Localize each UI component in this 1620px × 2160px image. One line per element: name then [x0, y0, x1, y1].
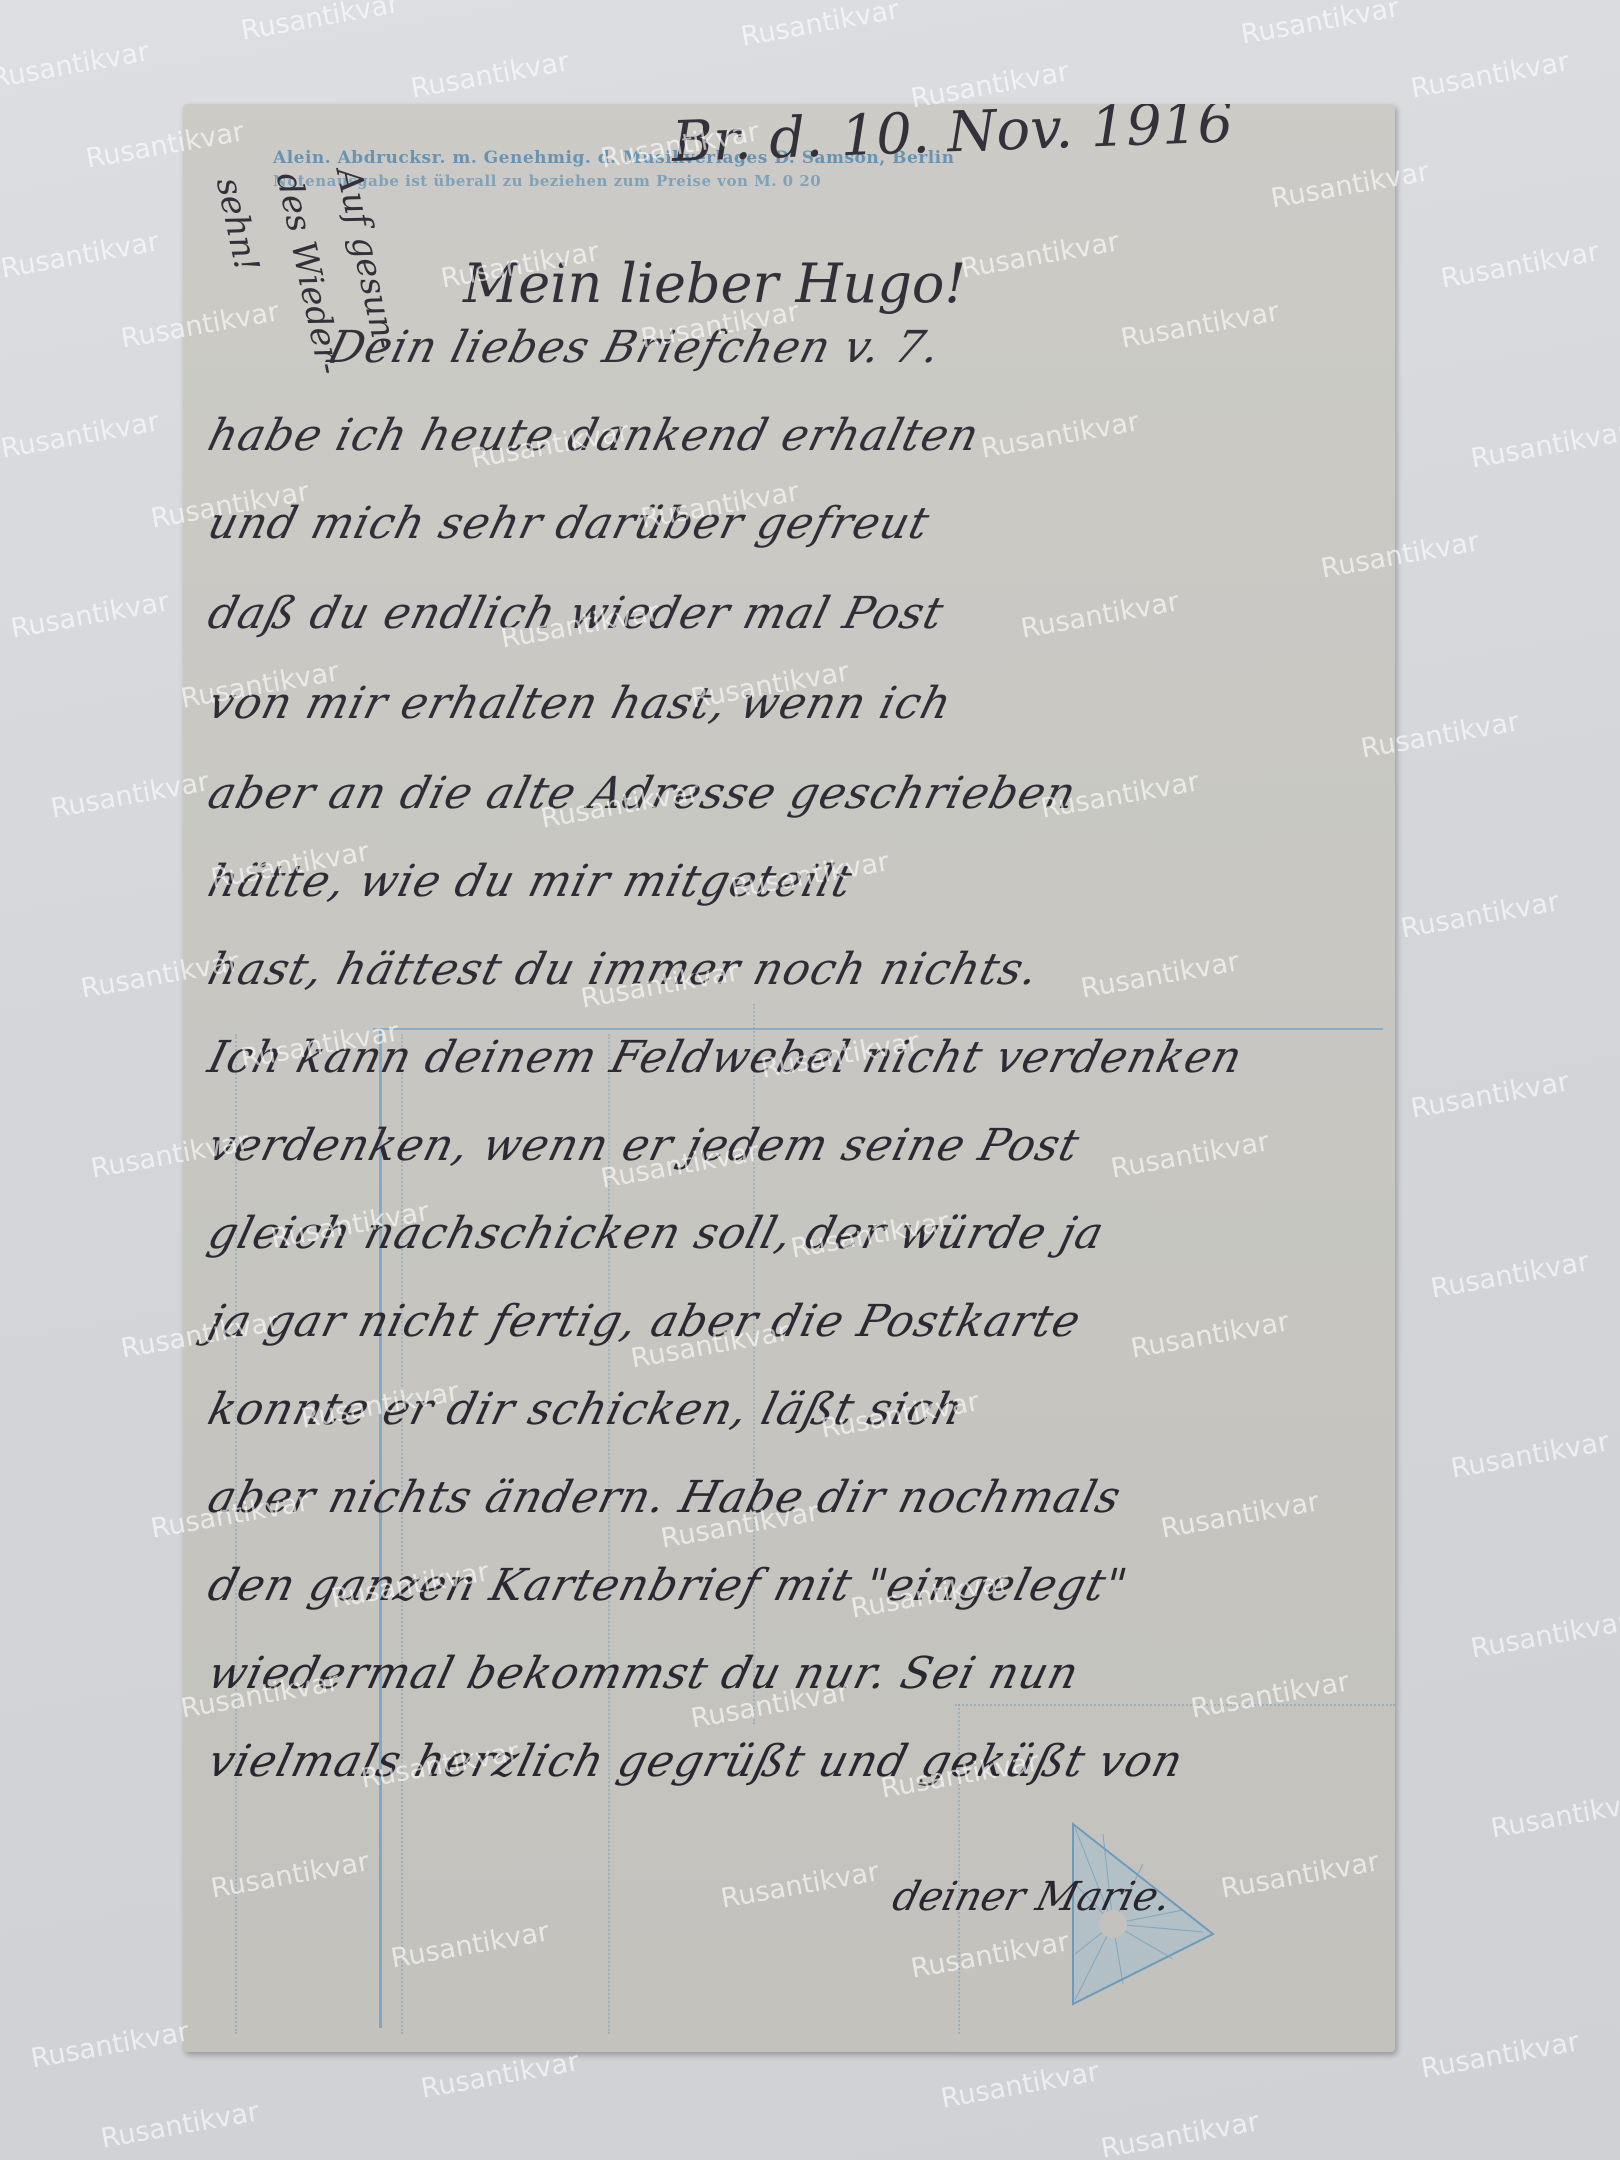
letter-date: Br. d. 10. Nov. 1916 — [671, 104, 1234, 175]
letter-line: und mich sehr darüber gefreut — [203, 498, 935, 549]
letter-line: von mir erhalten hast, wenn ich — [203, 678, 957, 729]
letter-line: habe ich heute dankend erhalten — [203, 410, 985, 461]
letter-greeting: Mein lieber Hugo! — [463, 252, 966, 315]
margin-note-line: sehn! — [208, 174, 267, 275]
letter-line: verdenken, wenn er jedem seine Post — [203, 1120, 1085, 1171]
letter-line: hätte, wie du mir mitgeteilt — [203, 856, 858, 907]
letter-line: daß du endlich wieder mal Post — [203, 588, 949, 639]
address-margin-line — [379, 1028, 382, 2028]
postcard: Alein. Abdrucksr. m. Genehmig. d. Musikv… — [183, 104, 1395, 2052]
letter-line: aber nichts ändern. Habe dir nochmals — [203, 1472, 1126, 1523]
letter-signature: deiner Marie. — [888, 1874, 1176, 1920]
letter-line: Ich kann deinem Feldwebel nicht verdenke… — [203, 1032, 1248, 1083]
letter-line: wiedermal bekommst du nur. Sei nun — [203, 1648, 1084, 1699]
dotted-guide-line — [608, 1034, 610, 2034]
letter-line: den ganzen Kartenbrief mit "eingelegt" — [203, 1560, 1133, 1611]
dotted-guide-line — [235, 1034, 237, 2034]
letter-line: gleich nachschicken soll, der würde ja — [203, 1208, 1109, 1259]
dotted-guide-line — [753, 1004, 755, 1724]
letter-line: konnte er dir schicken, läßt sich — [203, 1384, 969, 1435]
letter-line: ja gar nicht fertig, aber die Postkarte — [203, 1296, 1086, 1347]
letter-line: vielmals herzlich gegrüßt und geküßt von — [203, 1736, 1189, 1787]
dotted-guide-line — [401, 1034, 403, 2034]
letter-line: hast, hättest du immer noch nichts. — [203, 944, 1044, 995]
letter-line: aber an die alte Adresse geschrieben — [203, 768, 1082, 819]
letter-line: Dein liebes Briefchen v. 7. — [323, 322, 946, 373]
address-divider-line — [373, 1028, 1383, 1030]
stamp-box-line — [955, 1704, 1395, 1706]
